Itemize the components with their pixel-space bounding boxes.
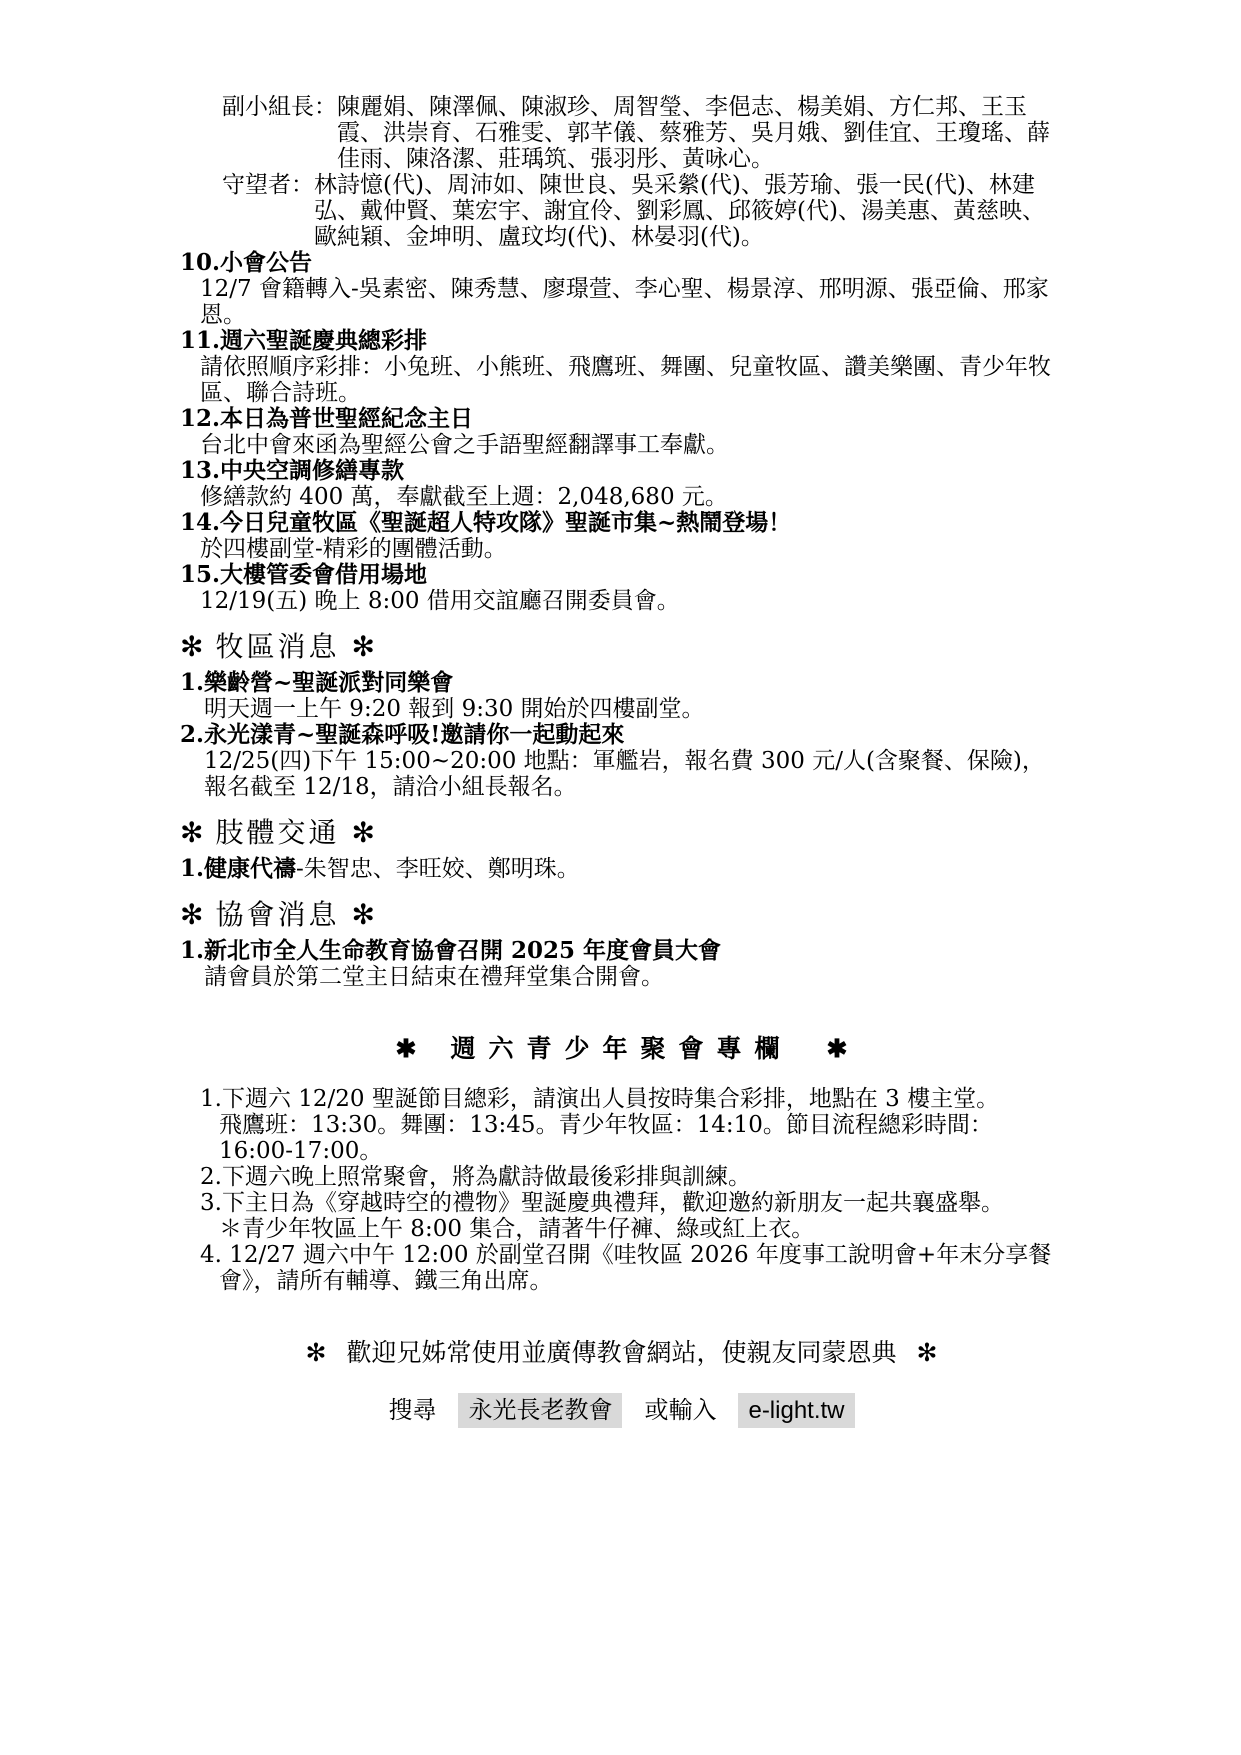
announcement-body: 台北中會來函為聖經公會之手語聖經翻譯事工奉獻。 xyxy=(200,432,1063,458)
asterisk-icon: ✻ xyxy=(306,1339,327,1367)
item-inline-body: -朱智忠、李旺姣、鄭明珠。 xyxy=(296,856,580,882)
youth-column-title: 週六青少年聚會專欄 xyxy=(450,1034,792,1063)
section-header: ✻肢體交通✻ xyxy=(180,816,1063,850)
asterisk-icon: ✻ xyxy=(351,630,374,663)
item-number: 2. xyxy=(180,721,204,748)
announcement-title: 10.小會公告 xyxy=(180,250,1063,276)
website-promo-text: 歡迎兄姊常使用並廣傳教會網站，使親友同蒙恩典 xyxy=(346,1339,896,1367)
announcement-number: 12. xyxy=(180,405,220,432)
announcement-title-text: 小會公告 xyxy=(220,249,312,276)
announcement-number: 14. xyxy=(180,509,220,536)
asterisk-icon: ✻ xyxy=(351,816,374,849)
asterisk-icon: ✻ xyxy=(180,630,203,663)
item-subtext: 飛鷹班：13:30。舞團：13:45。青少年牧區：14:10。節目流程總彩時間：… xyxy=(219,1112,1063,1164)
announcement-body: 12/7 會籍轉入-吳素密、陳秀慧、廖璟萱、李心聖、楊景淳、邢明源、張亞倫、邢家… xyxy=(200,276,1063,328)
asterisk-icon: ✻ xyxy=(180,898,203,931)
announcement-body: 請依照順序彩排：小兔班、小熊班、飛鷹班、舞團、兒童牧區、讚美樂團、青少年牧區、聯… xyxy=(200,354,1063,406)
asterisk-icon: ✻ xyxy=(351,898,374,931)
asterisk-icon: ✱ xyxy=(827,1034,848,1063)
announcement-title-text: 大樓管委會借用場地 xyxy=(220,561,427,588)
announcement-title: 13.中央空調修繕專款 xyxy=(180,458,1063,484)
youth-list: 1.下週六 12/20 聖誕節目總彩，請演出人員按時集合彩排，地點在 3 樓主堂… xyxy=(200,1086,1063,1294)
item-number: 1. xyxy=(180,855,204,882)
announcement-title: 11.週六聖誕慶典總彩排 xyxy=(180,328,1063,354)
or-input-label: 或輸入 xyxy=(644,1397,716,1424)
staff-row-deputy-leaders: 副小組長： 陳麗娟、陳澤佩、陳淑珍、周智瑩、李俋志、楊美娟、方仁邦、王玉霞、洪崇… xyxy=(222,94,1063,172)
website-promo-line: ✻歡迎兄姊常使用並廣傳教會網站，使親友同蒙恩典✻ xyxy=(180,1338,1063,1368)
section-item-title-line: 2.永光漾青~聖誕森呼吸!邀請你一起動起來 xyxy=(180,722,1063,748)
asterisk-icon: ✻ xyxy=(180,816,203,849)
item-subtext: ＊青少年牧區上午 8:00 集合，請著牛仔褲、綠或紅上衣。 xyxy=(219,1216,1063,1242)
asterisk-icon: ✻ xyxy=(917,1339,938,1367)
section-item: 1.健康代禱-朱智忠、李旺姣、鄭明珠。 xyxy=(180,856,1063,882)
youth-column: ✱週六青少年聚會專欄✱ 1.下週六 12/20 聖誕節目總彩，請演出人員按時集合… xyxy=(180,1036,1063,1294)
staff-label: 守望者： xyxy=(222,172,314,250)
section-item: 2.永光漾青~聖誕森呼吸!邀請你一起動起來 12/25(四)下午 15:00~2… xyxy=(180,722,1063,800)
staff-row-watchers: 守望者： 林詩憶(代)、周沛如、陳世良、吳采縈(代)、張芳瑜、張一民(代)、林建… xyxy=(222,172,1063,250)
announcement-item-12: 12.本日為普世聖經紀念主日 台北中會來函為聖經公會之手語聖經翻譯事工奉獻。 xyxy=(180,406,1063,458)
youth-item-3: 3.下主日為《穿越時空的禮物》聖誕慶典禮拜，歡迎邀約新朋友一起共襄盛舉。 ＊青少… xyxy=(200,1190,1063,1242)
announcement-title: 14.今日兒童牧區《聖誕超人特攻隊》聖誕市集~熱鬧登場！ xyxy=(180,510,1063,536)
section-item-title-line: 1.健康代禱-朱智忠、李旺姣、鄭明珠。 xyxy=(180,856,1063,882)
section-title: 協會消息 xyxy=(215,898,339,931)
item-title: 新北市全人生命教育協會召開 2025 年度會員大會 xyxy=(204,937,721,964)
item-body: 明天週一上午 9:20 報到 9:30 開始於四樓副堂。 xyxy=(204,696,1063,722)
section-header: ✻協會消息✻ xyxy=(180,898,1063,932)
announcement-title-text: 週六聖誕慶典總彩排 xyxy=(220,327,427,354)
announcement-body: 修繕款約 400 萬，奉獻截至上週：2,048,680 元。 xyxy=(200,484,1063,510)
item-number: 1. xyxy=(200,1086,222,1112)
section-title: 肢體交通 xyxy=(215,816,339,849)
announcement-title: 12.本日為普世聖經紀念主日 xyxy=(180,406,1063,432)
website-url-highlight: e-light.tw xyxy=(738,1393,854,1428)
section-header: ✻牧區消息✻ xyxy=(180,630,1063,664)
youth-item-4: 4. 12/27 週六中午 12:00 於副堂召開《哇牧區 2026 年度事工說… xyxy=(200,1242,1063,1294)
item-number: 1. xyxy=(180,937,204,964)
section-pastoral-news: ✻牧區消息✻ 1.樂齡營~聖誕派對同樂會 明天週一上午 9:20 報到 9:30… xyxy=(180,630,1063,800)
announcement-item-10: 10.小會公告 12/7 會籍轉入-吳素密、陳秀慧、廖璟萱、李心聖、楊景淳、邢明… xyxy=(180,250,1063,328)
announcement-number: 11. xyxy=(180,327,220,354)
item-number: 1. xyxy=(180,669,204,696)
section-body-fellowship: ✻肢體交通✻ 1.健康代禱-朱智忠、李旺姣、鄭明珠。 xyxy=(180,816,1063,882)
section-item: 1.樂齡營~聖誕派對同樂會 明天週一上午 9:20 報到 9:30 開始於四樓副… xyxy=(180,670,1063,722)
search-instruction-line: 搜尋永光長老教會或輸入e-light.tw xyxy=(180,1396,1063,1426)
announcement-body: 於四樓副堂-精彩的團體活動。 xyxy=(200,536,1063,562)
bulletin-page: 副小組長： 陳麗娟、陳澤佩、陳淑珍、周智瑩、李俋志、楊美娟、方仁邦、王玉霞、洪崇… xyxy=(0,0,1241,1755)
announcement-title: 15.大樓管委會借用場地 xyxy=(180,562,1063,588)
item-number: 3. xyxy=(200,1190,222,1216)
item-body: 12/25(四)下午 15:00~20:00 地點：軍艦岩，報名費 300 元/… xyxy=(204,748,1063,800)
item-title: 永光漾青~聖誕森呼吸!邀請你一起動起來 xyxy=(204,721,624,748)
item-text: 下主日為《穿越時空的禮物》聖誕慶典禮拜，歡迎邀約新朋友一起共襄盛舉。 xyxy=(222,1190,1004,1216)
section-item: 1.新北市全人生命教育協會召開 2025 年度會員大會 請會員於第二堂主日結束在… xyxy=(180,938,1063,990)
staff-label: 副小組長： xyxy=(222,94,337,172)
search-term-highlight: 永光長老教會 xyxy=(458,1393,622,1428)
item-body: 請會員於第二堂主日結束在禮拜堂集合開會。 xyxy=(204,964,1063,990)
announcement-number: 13. xyxy=(180,457,220,484)
search-label: 搜尋 xyxy=(388,1397,436,1424)
announcement-item-13: 13.中央空調修繕專款 修繕款約 400 萬，奉獻截至上週：2,048,680 … xyxy=(180,458,1063,510)
announcement-body: 12/19(五) 晚上 8:00 借用交誼廳召開委員會。 xyxy=(200,588,1063,614)
section-item-title-line: 1.樂齡營~聖誕派對同樂會 xyxy=(180,670,1063,696)
announcements-list: 10.小會公告 12/7 會籍轉入-吳素密、陳秀慧、廖璟萱、李心聖、楊景淳、邢明… xyxy=(180,250,1063,614)
announcement-title-text: 本日為普世聖經紀念主日 xyxy=(220,405,473,432)
announcement-number: 10. xyxy=(180,249,220,276)
section-association-news: ✻協會消息✻ 1.新北市全人生命教育協會召開 2025 年度會員大會 請會員於第… xyxy=(180,898,1063,990)
youth-column-heading: ✱週六青少年聚會專欄✱ xyxy=(180,1036,1063,1062)
section-title: 牧區消息 xyxy=(215,630,339,663)
staff-block: 副小組長： 陳麗娟、陳澤佩、陳淑珍、周智瑩、李俋志、楊美娟、方仁邦、王玉霞、洪崇… xyxy=(222,94,1063,250)
announcement-title-text: 今日兒童牧區《聖誕超人特攻隊》聖誕市集~熱鬧登場！ xyxy=(220,509,791,536)
staff-names: 陳麗娟、陳澤佩、陳淑珍、周智瑩、李俋志、楊美娟、方仁邦、王玉霞、洪崇育、石雅雯、… xyxy=(337,94,1063,172)
item-number: 2. xyxy=(200,1164,222,1190)
announcement-number: 15. xyxy=(180,561,220,588)
item-title: 健康代禱 xyxy=(204,855,296,882)
youth-item-1: 1.下週六 12/20 聖誕節目總彩，請演出人員按時集合彩排，地點在 3 樓主堂… xyxy=(200,1086,1063,1164)
item-text: 下週六晚上照常聚會，將為獻詩做最後彩排與訓練。 xyxy=(222,1164,751,1190)
announcement-item-14: 14.今日兒童牧區《聖誕超人特攻隊》聖誕市集~熱鬧登場！ 於四樓副堂-精彩的團體… xyxy=(180,510,1063,562)
item-text: 12/27 週六中午 12:00 於副堂召開《哇牧區 2026 年度事工說明會+… xyxy=(219,1242,1051,1294)
announcement-item-11: 11.週六聖誕慶典總彩排 請依照順序彩排：小兔班、小熊班、飛鷹班、舞團、兒童牧區… xyxy=(180,328,1063,406)
announcement-title-text: 中央空調修繕專款 xyxy=(220,457,404,484)
youth-item-2: 2.下週六晚上照常聚會，將為獻詩做最後彩排與訓練。 xyxy=(200,1164,1063,1190)
announcement-item-15: 15.大樓管委會借用場地 12/19(五) 晚上 8:00 借用交誼廳召開委員會… xyxy=(180,562,1063,614)
item-title: 樂齡營~聖誕派對同樂會 xyxy=(204,669,453,696)
asterisk-icon: ✱ xyxy=(396,1034,417,1063)
item-number: 4. xyxy=(200,1242,229,1268)
section-item-title-line: 1.新北市全人生命教育協會召開 2025 年度會員大會 xyxy=(180,938,1063,964)
staff-names: 林詩憶(代)、周沛如、陳世良、吳采縈(代)、張芳瑜、張一民(代)、林建弘、戴仲賢… xyxy=(314,172,1063,250)
item-text: 下週六 12/20 聖誕節目總彩，請演出人員按時集合彩排，地點在 3 樓主堂。 xyxy=(222,1086,999,1112)
